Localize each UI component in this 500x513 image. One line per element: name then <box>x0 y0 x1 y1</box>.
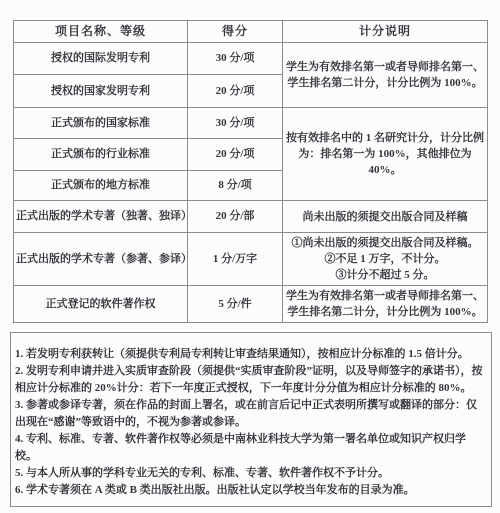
table-row: 正式颁布的国家标准 30 分/项 按有效排名中的 1 名研究计分，计分比例为：排… <box>14 108 488 139</box>
note-cell-patents: 学生为有效排名第一或者导师排名第一、学生排名第二计分，计分比例为 100%。 <box>283 43 488 108</box>
project-name-cell: 正式出版的学术专著（参著、参译） <box>14 233 188 286</box>
footnote-item-1: 1. 若发明专利获转让（须提供专利局专利转让审查结果通知），按相应计分标准的 1… <box>15 346 486 363</box>
project-name-cell: 授权的国家发明专利 <box>14 75 188 108</box>
footnotes-box: 1. 若发明专利获转让（须提供专利局专利转让审查结果通知），按相应计分标准的 1… <box>10 332 492 507</box>
score-cell: 20 分/部 <box>188 201 283 233</box>
footnote-item-6: 6. 学术专著须在 A 类或 B 类出版社出版。出版社认定以学校当年发布的目录为… <box>15 482 486 499</box>
score-cell: 5 分/件 <box>188 286 283 323</box>
score-cell: 20 分/项 <box>188 139 283 171</box>
note-line-3: ③计分不超过 5 分。 <box>286 267 484 283</box>
note-line-1: ①尚未出版的须提交出版合同及样稿。 <box>286 235 484 251</box>
footnote-item-2: 2. 发明专利申请并进入实质审查阶段（须提供“实质审查阶段”证明，以及导师签字的… <box>15 363 486 397</box>
project-name-cell: 授权的国际发明专利 <box>14 43 188 75</box>
note-cell-monograph-sole: 尚未出版的须提交出版合同及样稿 <box>283 201 488 233</box>
footnote-item-4: 4. 专利、标准、专著、软件著作权等必须是中南林业科技大学为第一署名单位或知识产… <box>15 431 486 465</box>
project-name-cell: 正式出版的学术专著（独著、独译） <box>14 201 188 233</box>
scoring-table: 项目名称、等级 得分 计分说明 授权的国际发明专利 30 分/项 学生为有效排名… <box>13 20 488 323</box>
note-line-2: ②不足 1 万字，不计分。 <box>286 251 484 267</box>
score-cell: 30 分/项 <box>188 43 283 75</box>
table-row: 正式出版的学术专著（独著、独译） 20 分/部 尚未出版的须提交出版合同及样稿 <box>14 201 488 233</box>
project-name-cell: 正式登记的软件著作权 <box>14 286 188 323</box>
note-cell-software: 学生为有效排名第一或者导师排名第一、学生排名第二计分，计分比例为 100%。 <box>283 286 488 323</box>
score-cell: 1 分/万字 <box>188 233 283 286</box>
note-cell-monograph-joint: ①尚未出版的须提交出版合同及样稿。 ②不足 1 万字，不计分。 ③计分不超过 5… <box>283 233 488 286</box>
note-cell-standards: 按有效排名中的 1 名研究计分，计分比例为：排名第一为 100%，其他排位为 4… <box>283 108 488 201</box>
table-row: 正式登记的软件著作权 5 分/件 学生为有效排名第一或者导师排名第一、学生排名第… <box>14 286 488 323</box>
footnote-item-3: 3. 参著或参译专著，须在作品的封面上署名，或在前言后记中正式表明所撰写或翻译的… <box>15 397 486 431</box>
column-header-notes: 计分说明 <box>283 21 488 43</box>
score-cell: 20 分/项 <box>188 75 283 108</box>
project-name-cell: 正式颁布的国家标准 <box>14 108 188 139</box>
header-row: 项目名称、等级 得分 计分说明 <box>14 21 488 43</box>
table-row: 正式出版的学术专著（参著、参译） 1 分/万字 ①尚未出版的须提交出版合同及样稿… <box>14 233 488 286</box>
table-row: 授权的国际发明专利 30 分/项 学生为有效排名第一或者导师排名第一、学生排名第… <box>14 43 488 75</box>
column-header-score: 得分 <box>188 21 283 43</box>
score-cell: 8 分/项 <box>188 171 283 201</box>
document-page: 项目名称、等级 得分 计分说明 授权的国际发明专利 30 分/项 学生为有效排名… <box>0 0 500 513</box>
footnote-item-5: 5. 与本人所从事的学科专业无关的专利、标准、专著、软件著作权不予计分。 <box>15 465 486 482</box>
project-name-cell: 正式颁布的行业标准 <box>14 139 188 171</box>
score-cell: 30 分/项 <box>188 108 283 139</box>
project-name-cell: 正式颁布的地方标准 <box>14 171 188 201</box>
column-header-project: 项目名称、等级 <box>14 21 188 43</box>
